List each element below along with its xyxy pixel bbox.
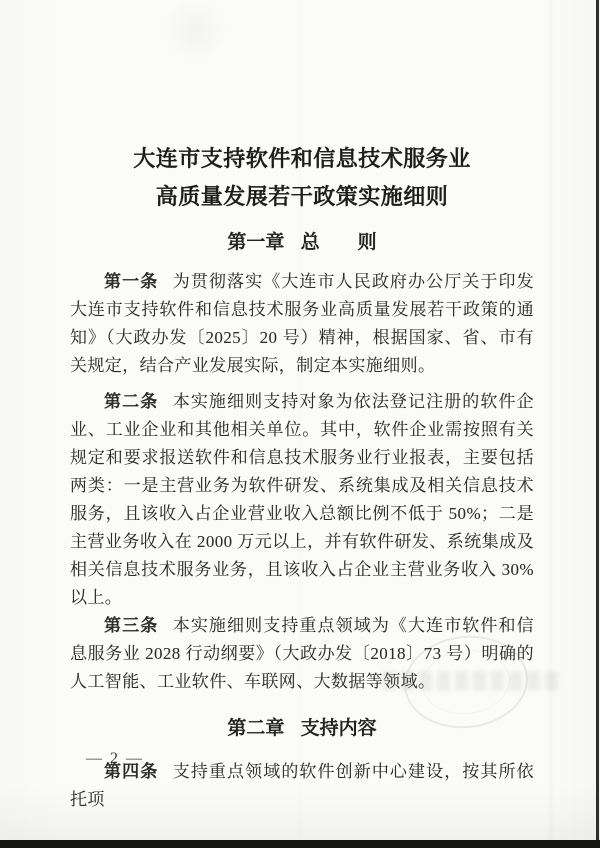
scanned-document-page: 大连市支持软件和信息技术服务业 高质量发展若干政策实施细则 第一章总 则 第一条… [0,0,600,848]
scan-edge-bottom [0,840,600,848]
chapter-2-title: 支持内容 [301,718,377,739]
article-2-label: 第二条 [104,392,158,411]
scan-edge-right [596,0,599,848]
chapter-2-heading: 第二章支持内容 [70,716,534,742]
document-content: 大连市支持软件和信息技术服务业 高质量发展若干政策实施细则 第一章总 则 第一条… [70,0,534,814]
chapter-1-number: 第一章 [227,232,284,253]
page-number: — 2 — [86,750,144,768]
document-title: 大连市支持软件和信息技术服务业 高质量发展若干政策实施细则 [70,140,534,216]
chapter-2-number: 第二章 [227,718,284,739]
document-title-line1: 大连市支持软件和信息技术服务业 [70,140,534,178]
article-3-label: 第三条 [104,616,158,635]
document-title-line2: 高质量发展若干政策实施细则 [70,178,534,216]
article-1-label: 第一条 [104,272,158,291]
article-1-paragraph: 第一条为贯彻落实《大连市人民政府办公厅关于印发大连市支持软件和信息技术服务业高质… [70,268,534,380]
chapter-1-title: 总 则 [301,232,377,253]
article-3-paragraph: 第三条本实施细则支持重点领域为《大连市软件和信息服务业 2028 行动纲要》（大… [70,612,534,696]
article-2-paragraph: 第二条本实施细则支持对象为依法登记注册的软件企业、工业企业和其他相关单位。其中，… [70,388,534,612]
chapter-1-heading: 第一章总 则 [70,230,534,256]
article-2-text: 本实施细则支持对象为依法登记注册的软件企业、工业企业和其他相关单位。其中，软件企… [70,392,534,607]
